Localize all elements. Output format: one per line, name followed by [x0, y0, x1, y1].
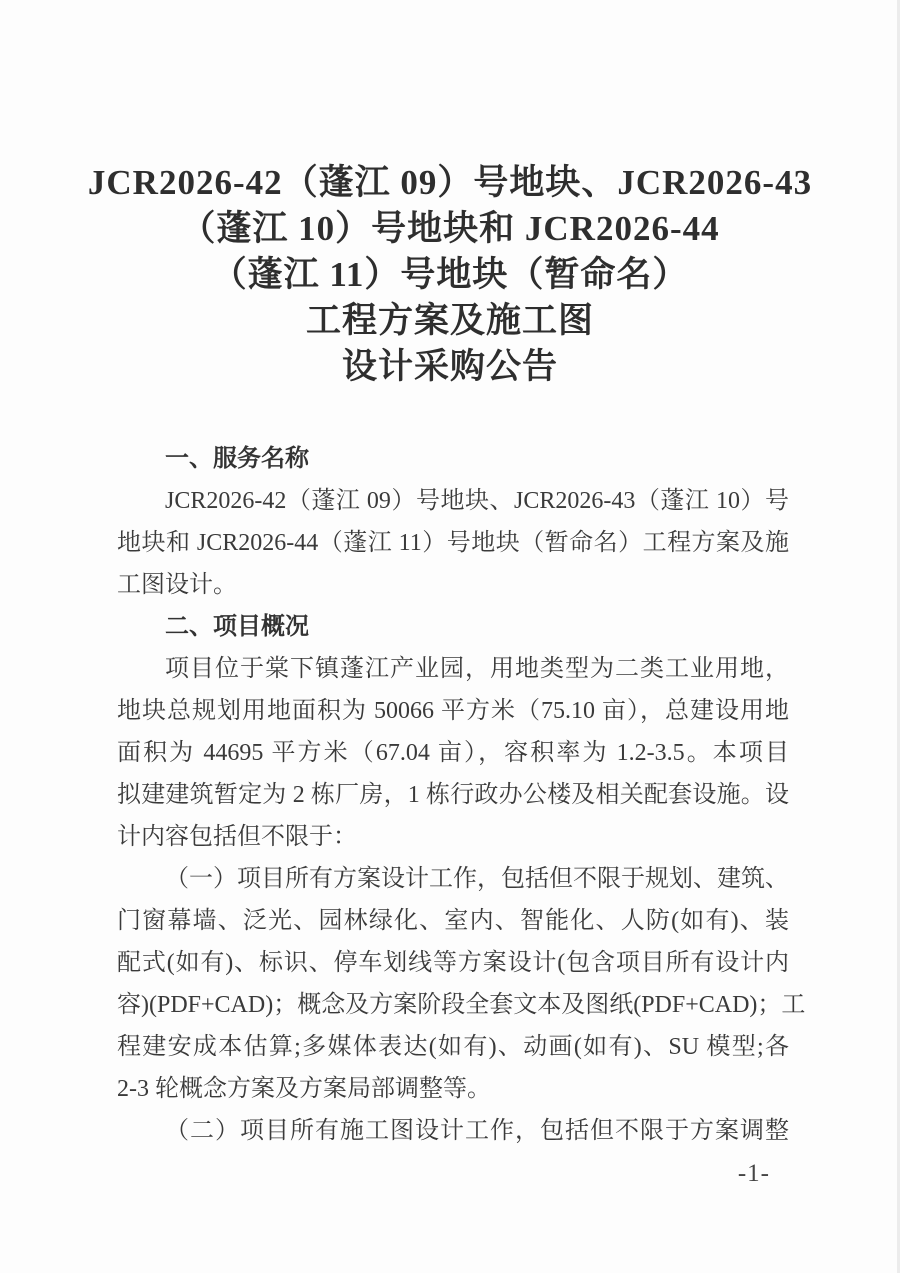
- body-line: 配式(如有)、标识、停车划线等方案设计(包含项目所有设计内: [117, 942, 789, 984]
- body-line: 地块和 JCR2026-44（蓬江 11）号地块（暂命名）工程方案及施: [117, 522, 789, 564]
- page-footer: -1-: [738, 1160, 770, 1188]
- body-line: 项目位于棠下镇蓬江产业园，用地类型为二类工业用地，: [117, 648, 789, 690]
- title-line-5: 设计采购公告: [0, 344, 900, 390]
- document-page: JCR2026-42（蓬江 09）号地块、JCR2026-43 （蓬江 10）号…: [0, 0, 900, 1273]
- body-line: 容)(PDF+CAD)；概念及方案阶段全套文本及图纸(PDF+CAD)；工: [117, 984, 789, 1026]
- body-line: 地块总规划用地面积为 50066 平方米（75.10 亩），总建设用地: [117, 690, 789, 732]
- body-line: JCR2026-42（蓬江 09）号地块、JCR2026-43（蓬江 10）号: [117, 480, 789, 522]
- body-line: 程建安成本估算;多媒体表达(如有)、动画(如有)、SU 模型;各: [117, 1026, 789, 1068]
- document-body: 一、服务名称 JCR2026-42（蓬江 09）号地块、JCR2026-43（蓬…: [117, 438, 789, 1152]
- title-line-3: （蓬江 11）号地块（暂命名）: [0, 252, 900, 298]
- body-line: 拟建建筑暂定为 2 栋厂房，1 栋行政办公楼及相关配套设施。设: [117, 774, 789, 816]
- title-line-2: （蓬江 10）号地块和 JCR2026-44: [0, 206, 900, 252]
- page-number: -1-: [738, 1160, 770, 1187]
- body-line: 2-3 轮概念方案及方案局部调整等。: [117, 1068, 789, 1110]
- body-line: （一）项目所有方案设计工作，包括但不限于规划、建筑、: [117, 858, 789, 900]
- body-line: （二）项目所有施工图设计工作，包括但不限于方案调整: [117, 1110, 789, 1152]
- body-line: 面积为 44695 平方米（67.04 亩），容积率为 1.2-3.5。本项目: [117, 732, 789, 774]
- section-heading-service-name: 一、服务名称: [117, 438, 789, 480]
- title-line-1: JCR2026-42（蓬江 09）号地块、JCR2026-43: [0, 160, 900, 206]
- body-line: 计内容包括但不限于：: [117, 816, 789, 858]
- title-line-4: 工程方案及施工图: [0, 298, 900, 344]
- document-title: JCR2026-42（蓬江 09）号地块、JCR2026-43 （蓬江 10）号…: [0, 160, 900, 390]
- body-line: 工图设计。: [117, 564, 789, 606]
- section-heading-project-overview: 二、项目概况: [117, 606, 789, 648]
- body-line: 门窗幕墙、泛光、园林绿化、室内、智能化、人防(如有)、装: [117, 900, 789, 942]
